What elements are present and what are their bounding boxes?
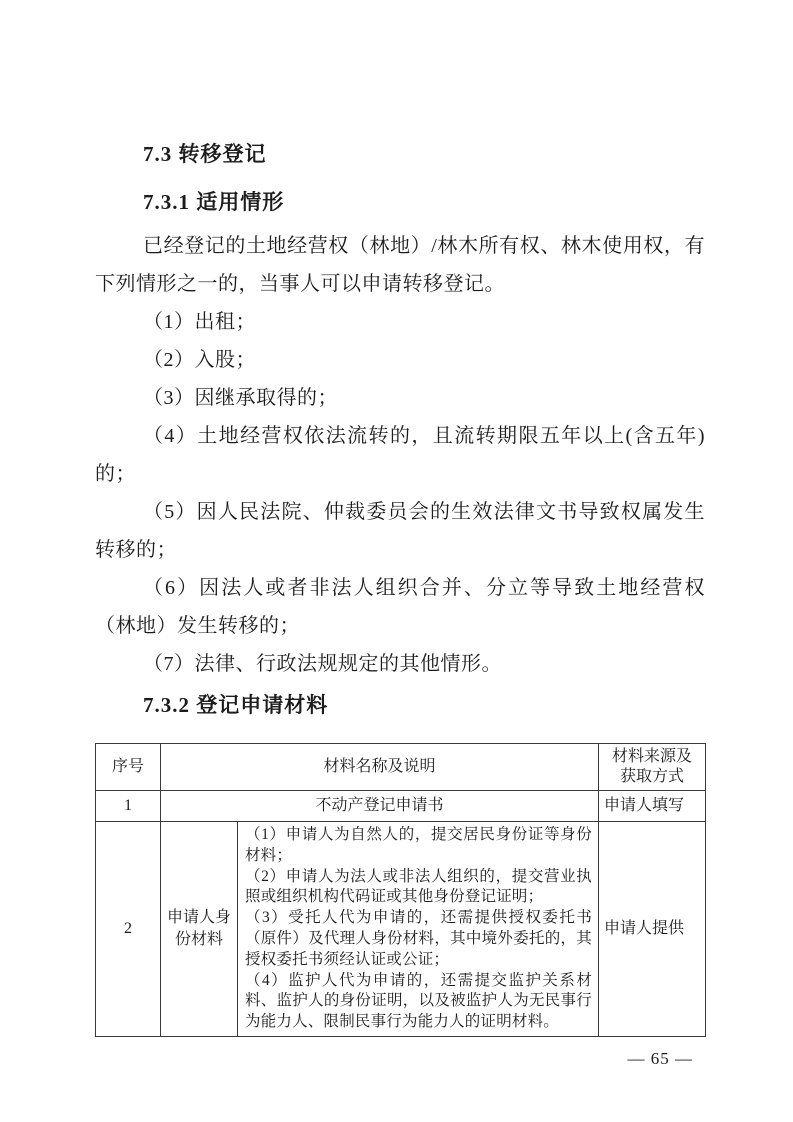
row2-no-cell: 2 xyxy=(96,822,161,1037)
header-cell-no: 序号 xyxy=(96,744,161,791)
row1-name-cell: 不动产登记申请书 xyxy=(161,791,599,822)
row2-source-cell: 申请人提供 xyxy=(599,822,706,1037)
list-item-7: （7）法律、行政法规规定的其他情形。 xyxy=(95,645,705,683)
row2-category-cell: 申请人身份材料 xyxy=(161,822,238,1037)
row1-source-cell: 申请人填写 xyxy=(599,791,706,822)
list-item-6: （6）因法人或者非法人组织合并、分立等导致土地经营权（林地）发生转移的； xyxy=(95,569,705,645)
document-page: 7.3 转移登记 7.3.1 适用情形 已经登记的土地经营权（林地）/林木所有权… xyxy=(0,0,793,1122)
row2-desc-item-2: （2）申请人为法人或非法人组织的，提交营业执照或组织机构代码证或其他身份登记证明… xyxy=(245,867,592,909)
row2-desc-item-1: （1）申请人为自然人的，提交居民身份证等身份材料； xyxy=(245,825,592,867)
list-item-2: （2）入股； xyxy=(95,341,705,379)
header-source-line1: 材料来源及 xyxy=(601,747,703,767)
list-item-5: （5）因人民法院、仲裁委员会的生效法律文书导致权属发生转移的； xyxy=(95,493,705,569)
subsection-heading-7-3-2: 7.3.2 登记申请材料 xyxy=(95,691,705,719)
list-item-4: （4）土地经营权依法流转的，且流转期限五年以上(含五年)的； xyxy=(95,417,705,493)
table-header-row: 序号 材料名称及说明 材料来源及 获取方式 xyxy=(96,744,706,791)
table-row: 1 不动产登记申请书 申请人填写 xyxy=(96,791,706,822)
header-source-line2: 获取方式 xyxy=(601,767,703,787)
page-number: — 65 — xyxy=(95,1049,705,1069)
header-cell-name: 材料名称及说明 xyxy=(161,744,599,791)
row2-desc-item-3: （3）受托人代为申请的，还需提供授权委托书（原件）及代理人身份材料，其中境外委托… xyxy=(245,908,592,970)
list-item-3: （3）因继承取得的； xyxy=(95,379,705,417)
row2-desc-item-4: （4）监护人代为申请的，还需提交监护关系材料、监护人的身份证明，以及被监护人为无… xyxy=(245,971,592,1033)
row2-description-cell: （1）申请人为自然人的，提交居民身份证等身份材料； （2）申请人为法人或非法人组… xyxy=(238,822,599,1037)
row1-no-cell: 1 xyxy=(96,791,161,822)
header-cell-source: 材料来源及 获取方式 xyxy=(599,744,706,791)
subsection-heading-7-3-1: 7.3.1 适用情形 xyxy=(95,188,705,216)
materials-table: 序号 材料名称及说明 材料来源及 获取方式 1 不动产登记申请书 申请人填写 2… xyxy=(95,743,706,1037)
intro-paragraph: 已经登记的土地经营权（林地）/林木所有权、林木使用权，有下列情形之一的，当事人可… xyxy=(95,227,705,303)
table-row: 2 申请人身份材料 （1）申请人为自然人的，提交居民身份证等身份材料； （2）申… xyxy=(96,822,706,1037)
section-heading-7-3: 7.3 转移登记 xyxy=(95,140,705,168)
list-item-1: （1）出租； xyxy=(95,303,705,341)
